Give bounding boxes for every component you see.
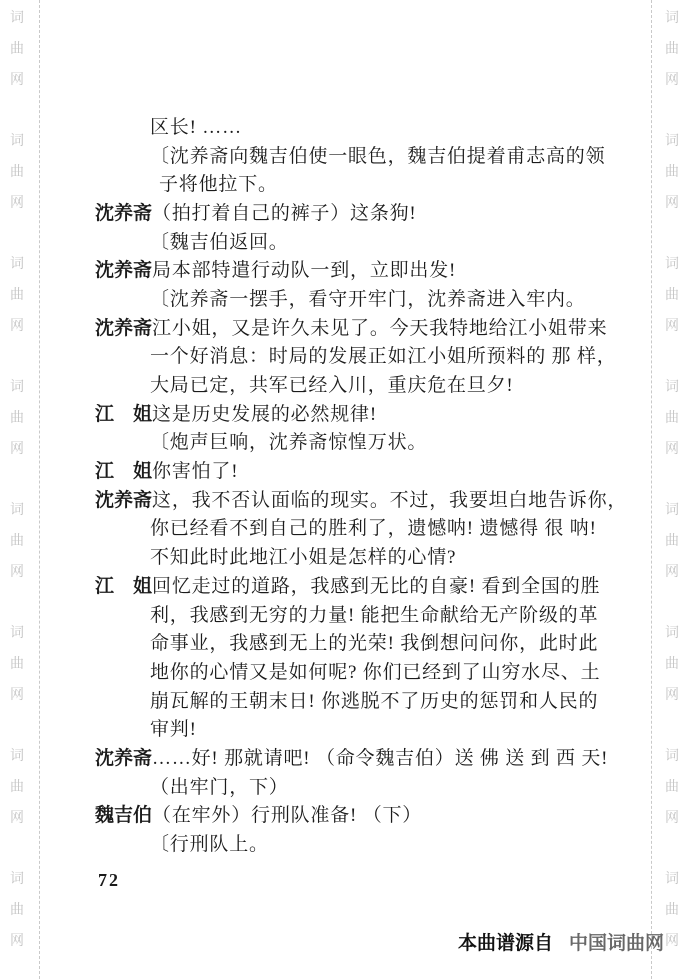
line-text: 〔行刑队上。: [150, 829, 269, 856]
script-line: 〔炮声巨响，沈养斋惊惶万状。: [95, 427, 585, 456]
line-text: 这，我不否认面临的现实。不过，我要坦白地告诉你，: [152, 485, 627, 512]
line-text: 回忆走过的道路，我感到无比的自豪! 看到全国的胜: [152, 571, 600, 598]
watermark-group: 词曲网: [665, 372, 679, 465]
line-text: 〔魏吉伯返回。: [150, 227, 289, 254]
watermark-char: 词: [665, 618, 679, 649]
watermark-char: 词: [10, 495, 24, 526]
watermark-char: 网: [665, 188, 679, 219]
script-line: 不知此时此地江小姐是怎样的心情?: [95, 541, 585, 570]
watermark-char: 网: [665, 65, 679, 96]
watermark-char: 词: [665, 741, 679, 772]
line-text: 你害怕了!: [152, 456, 238, 483]
line-text: （在牢外）行刑队准备! （下）: [152, 800, 422, 827]
speaker-name: 沈养斋: [95, 198, 152, 225]
script-line: 江 姐回忆走过的道路，我感到无比的自豪! 看到全国的胜: [95, 570, 585, 599]
watermark-char: 词: [10, 618, 24, 649]
line-text: 〔沈养斋一摆手，看守开牢门，沈养斋进入牢内。: [150, 284, 586, 311]
watermark-char: 词: [10, 864, 24, 895]
watermark-char: 网: [665, 926, 679, 957]
script-line: 沈养斋这，我不否认面临的现实。不过，我要坦白地告诉你，: [95, 484, 585, 513]
watermark-group: 词曲网: [665, 618, 679, 711]
line-text: 〔沈养斋向魏吉伯使一眼色，魏吉伯提着甫志高的领: [150, 141, 605, 168]
watermark-char: 词: [10, 249, 24, 280]
script-line: 大局已定，共军已经入川，重庆危在旦夕!: [95, 369, 585, 398]
line-text: 局本部特遣行动队一到，立即出发!: [152, 255, 456, 282]
script-line: 〔魏吉伯返回。: [95, 226, 585, 255]
watermark-group: 词曲网: [10, 741, 24, 834]
watermark-char: 曲: [665, 772, 679, 803]
watermark-group: 词曲网: [10, 618, 24, 711]
script-line: 魏吉伯（在牢外）行刑队准备! （下）: [95, 800, 585, 829]
watermark-char: 曲: [10, 403, 24, 434]
source-attribution: 本曲谱源自 中国词曲网: [458, 928, 664, 955]
line-text: ……好! 那就请吧! （命令魏吉伯）送 佛 送 到 西 天!: [152, 743, 608, 770]
speaker-name: 江 姐: [95, 571, 152, 598]
watermark-group: 词曲网: [10, 126, 24, 219]
line-text: 一个好消息：时局的发展正如江小姐所预料的 那 样，: [150, 341, 617, 368]
watermark-char: 网: [10, 434, 24, 465]
script-line: 区长! ……: [95, 111, 585, 140]
script-line: 子将他拉下。: [95, 168, 585, 197]
watermark-char: 曲: [10, 772, 24, 803]
script-line: 〔沈养斋一摆手，看守开牢门，沈养斋进入牢内。: [95, 283, 585, 312]
watermark-char: 词: [10, 126, 24, 157]
watermark-char: 曲: [665, 280, 679, 311]
watermark-group: 词曲网: [10, 3, 24, 96]
line-text: 不知此时此地江小姐是怎样的心情?: [150, 542, 456, 569]
speaker-name: 沈养斋: [95, 485, 152, 512]
left-dashed-rule: [39, 0, 40, 979]
watermark-group: 词曲网: [10, 495, 24, 588]
right-dashed-rule: [651, 0, 652, 979]
line-text: （拍打着自己的裤子）这条狗!: [152, 198, 417, 225]
watermark-group: 词曲网: [10, 864, 24, 957]
source-prefix-text: 本曲谱源自: [458, 928, 553, 955]
watermark-char: 词: [665, 249, 679, 280]
script-line: 江 姐你害怕了!: [95, 455, 585, 484]
watermark-char: 曲: [10, 280, 24, 311]
watermark-char: 曲: [10, 895, 24, 926]
script-line: 江 姐这是历史发展的必然规律!: [95, 398, 585, 427]
watermark-char: 网: [10, 188, 24, 219]
watermark-char: 词: [665, 372, 679, 403]
script-line: 沈养斋（拍打着自己的裤子）这条狗!: [95, 197, 585, 226]
script-text-block: 区长! …… 〔沈养斋向魏吉伯使一眼色，魏吉伯提着甫志高的领 子将他拉下。 沈养…: [95, 111, 585, 857]
watermark-char: 曲: [10, 649, 24, 680]
script-line: 一个好消息：时局的发展正如江小姐所预料的 那 样，: [95, 341, 585, 370]
watermark-group: 词曲网: [665, 249, 679, 342]
watermark-group: 词曲网: [10, 249, 24, 342]
line-text: 区长! ……: [150, 112, 242, 139]
line-text: 〔炮声巨响，沈养斋惊惶万状。: [150, 427, 427, 454]
watermark-char: 曲: [10, 34, 24, 65]
speaker-name: 沈养斋: [95, 743, 152, 770]
script-line: 沈养斋……好! 那就请吧! （命令魏吉伯）送 佛 送 到 西 天!: [95, 742, 585, 771]
script-line: 沈养斋江小姐，又是许久未见了。今天我特地给江小姐带来: [95, 312, 585, 341]
script-line: 你已经看不到自己的胜利了，遗憾呐! 遗憾得 很 呐!: [95, 513, 585, 542]
line-text: 大局已定，共军已经入川，重庆危在旦夕!: [150, 370, 514, 397]
speaker-name: 魏吉伯: [95, 800, 152, 827]
watermark-char: 网: [10, 557, 24, 588]
script-line: 崩瓦解的王朝末日! 你逃脱不了历史的惩罚和人民的: [95, 685, 585, 714]
right-watermark-column: 词曲网词曲网词曲网词曲网词曲网词曲网词曲网词曲网: [662, 3, 682, 979]
watermark-char: 曲: [665, 649, 679, 680]
speaker-name: 江 姐: [95, 456, 152, 483]
line-text: 这是历史发展的必然规律!: [152, 399, 377, 426]
watermark-char: 词: [665, 495, 679, 526]
watermark-group: 词曲网: [665, 126, 679, 219]
watermark-group: 词曲网: [665, 864, 679, 957]
watermark-char: 网: [10, 803, 24, 834]
watermark-char: 词: [665, 3, 679, 34]
script-line: 〔沈养斋向魏吉伯使一眼色，魏吉伯提着甫志高的领: [95, 140, 585, 169]
line-text: 利，我感到无穷的力量! 能把生命献给无产阶级的革: [150, 600, 598, 627]
watermark-char: 曲: [665, 157, 679, 188]
line-text: 子将他拉下。: [150, 169, 278, 196]
script-line: （出牢门，下）: [95, 771, 585, 800]
source-site-text: 中国词曲网: [569, 928, 664, 955]
watermark-char: 词: [10, 3, 24, 34]
watermark-group: 词曲网: [665, 3, 679, 96]
speaker-name: 沈养斋: [95, 313, 152, 340]
watermark-char: 曲: [665, 34, 679, 65]
watermark-char: 网: [10, 926, 24, 957]
speaker-name: 沈养斋: [95, 255, 152, 282]
script-line: 利，我感到无穷的力量! 能把生命献给无产阶级的革: [95, 599, 585, 628]
watermark-group: 词曲网: [665, 495, 679, 588]
line-text: 江小姐，又是许久未见了。今天我特地给江小姐带来: [152, 313, 607, 340]
line-text: 审判!: [150, 714, 197, 741]
line-text: 地你的心情又是如何呢? 你们已经到了山穷水尽、土: [150, 657, 600, 684]
watermark-char: 网: [10, 311, 24, 342]
watermark-char: 曲: [10, 526, 24, 557]
line-text: （出牢门，下）: [150, 772, 289, 799]
script-line: 审判!: [95, 713, 585, 742]
watermark-char: 网: [10, 65, 24, 96]
line-text: 崩瓦解的王朝末日! 你逃脱不了历史的惩罚和人民的: [150, 686, 598, 713]
line-text: 你已经看不到自己的胜利了，遗憾呐! 遗憾得 很 呐!: [150, 513, 597, 540]
script-line: 命事业，我感到无上的光荣! 我倒想问问你，此时此: [95, 627, 585, 656]
watermark-char: 词: [10, 372, 24, 403]
watermark-char: 词: [10, 741, 24, 772]
watermark-char: 网: [665, 557, 679, 588]
watermark-char: 曲: [665, 526, 679, 557]
watermark-char: 网: [665, 680, 679, 711]
watermark-group: 词曲网: [10, 372, 24, 465]
watermark-char: 曲: [665, 895, 679, 926]
script-line: 沈养斋局本部特遣行动队一到，立即出发!: [95, 254, 585, 283]
watermark-char: 曲: [665, 403, 679, 434]
speaker-name: 江 姐: [95, 399, 152, 426]
script-line: 〔行刑队上。: [95, 828, 585, 857]
line-text: 命事业，我感到无上的光荣! 我倒想问问你，此时此: [150, 628, 598, 655]
watermark-char: 网: [10, 680, 24, 711]
watermark-group: 词曲网: [665, 741, 679, 834]
watermark-char: 曲: [10, 157, 24, 188]
watermark-char: 网: [665, 803, 679, 834]
script-line: 地你的心情又是如何呢? 你们已经到了山穷水尽、土: [95, 656, 585, 685]
watermark-char: 词: [665, 864, 679, 895]
watermark-char: 网: [665, 434, 679, 465]
left-watermark-column: 词曲网词曲网词曲网词曲网词曲网词曲网词曲网词曲网: [7, 3, 27, 979]
watermark-char: 词: [665, 126, 679, 157]
watermark-char: 网: [665, 311, 679, 342]
page-number: 72: [98, 870, 120, 891]
